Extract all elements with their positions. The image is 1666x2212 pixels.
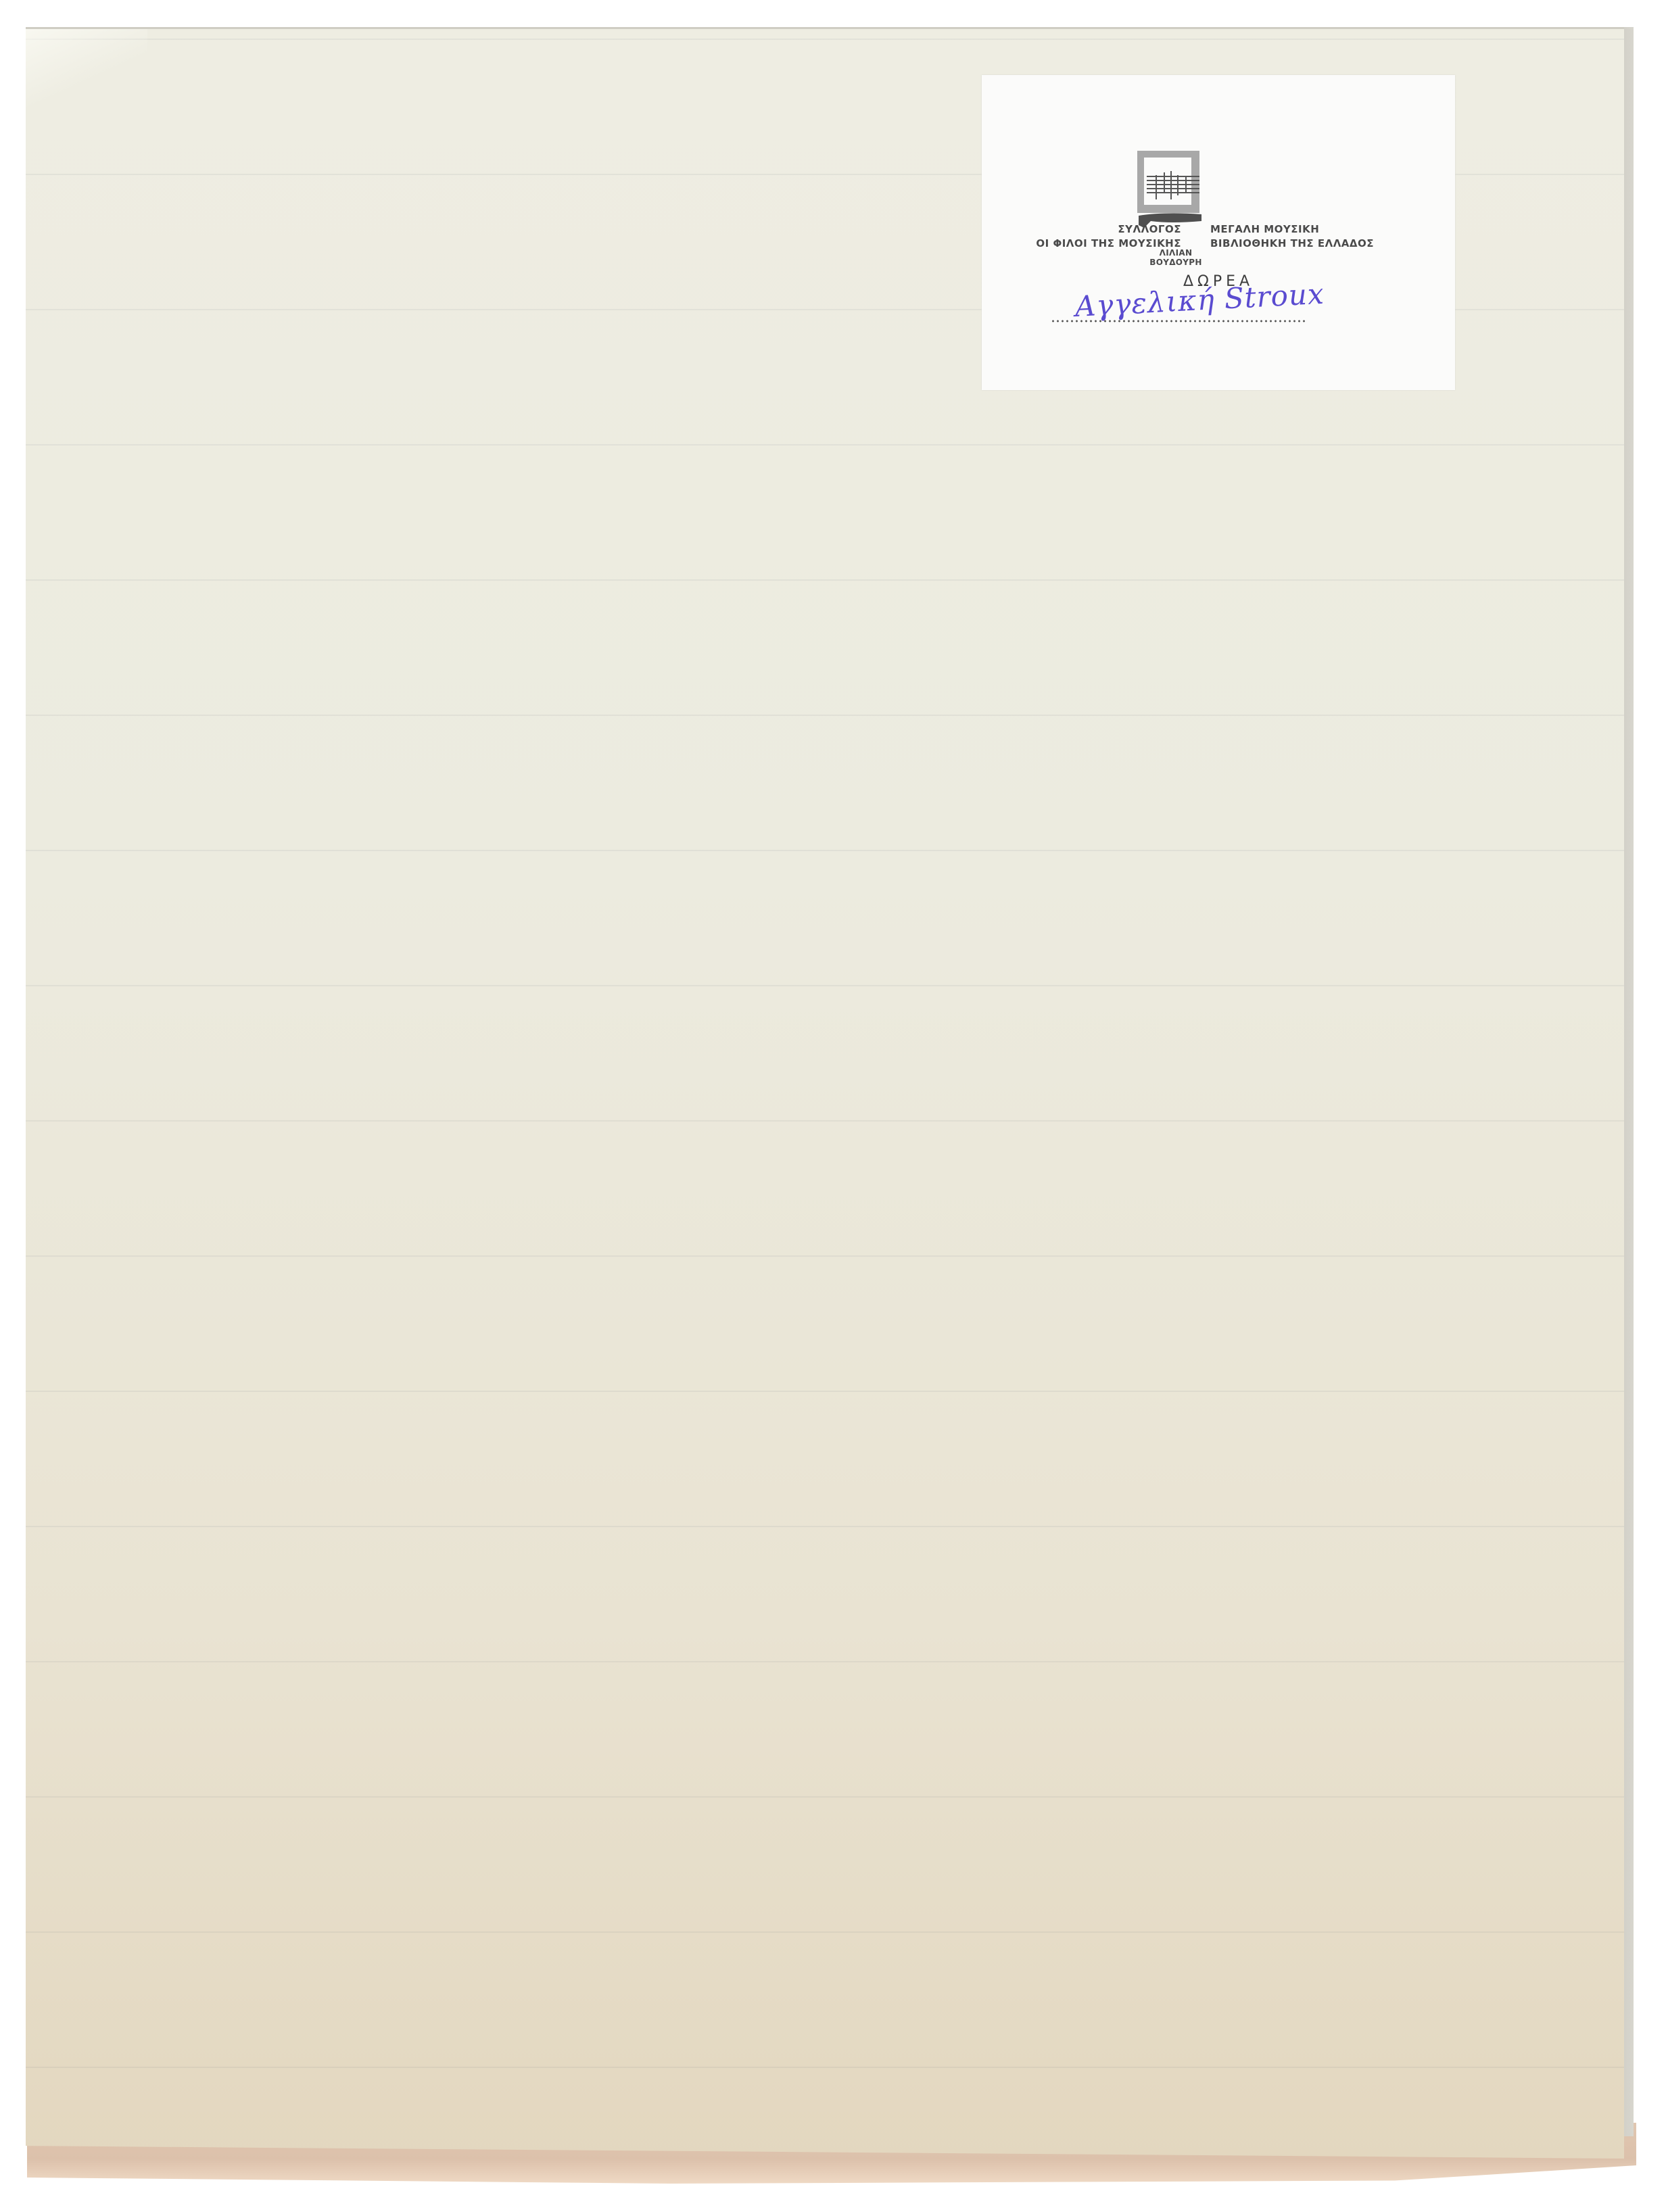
corner-fold	[26, 29, 147, 110]
donation-bookplate: ΣΥΛΛΟΓΟΣ ΟΙ ΦΙΛΟΙ ΤΗΣ ΜΟΥΣΙΚΗΣ ΜΕΓΑΛΗ ΜΟ…	[982, 75, 1455, 390]
org-right-line1: ΜΕΓΑΛΗ ΜΟΥΣΙΚΗ	[1210, 222, 1374, 237]
logo-designer: ΛΙΛΙΑΝ ΒΟΥΔΟΥΡΗ	[1139, 248, 1213, 267]
computer-monitor-with-music-staff-icon	[1137, 151, 1201, 229]
document-page: ΣΥΛΛΟΓΟΣ ΟΙ ΦΙΛΟΙ ΤΗΣ ΜΟΥΣΙΚΗΣ ΜΕΓΑΛΗ ΜΟ…	[26, 27, 1624, 2159]
dotted-signature-line	[1051, 320, 1308, 322]
org-right-line2: ΒΙΒΛΙΟΘΗΚΗ ΤΗΣ ΕΛΛΑΔΟΣ	[1210, 237, 1374, 251]
org-name-friends-of-music: ΣΥΛΛΟΓΟΣ ΟΙ ΦΙΛΟΙ ΤΗΣ ΜΟΥΣΙΚΗΣ	[1036, 222, 1181, 251]
org-name-music-library: ΜΕΓΑΛΗ ΜΟΥΣΙΚΗ ΒΙΒΛΙΟΘΗΚΗ ΤΗΣ ΕΛΛΑΔΟΣ	[1210, 222, 1374, 251]
org-left-line1: ΣΥΛΛΟΓΟΣ	[1036, 222, 1181, 237]
